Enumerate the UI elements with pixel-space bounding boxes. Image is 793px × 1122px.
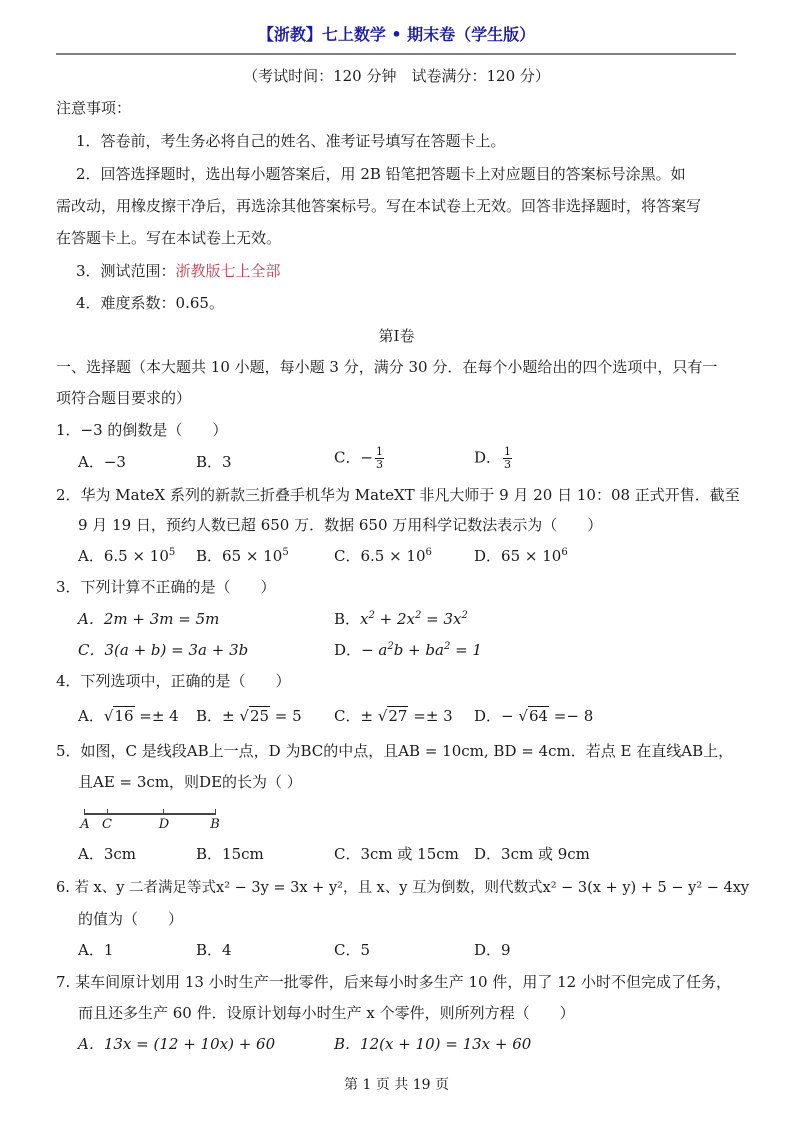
question-4-stem: 4．下列选项中，正确的是（ ） (56, 671, 291, 691)
note-item-3-prefix: 3．测试范围： (76, 262, 176, 280)
document-title: 【浙教】七上数学 • 期末卷（学生版） (0, 22, 793, 45)
q1-option-c-label: C．− (334, 449, 373, 467)
sqrt-symbol: √64 (518, 706, 549, 726)
q1-option-d: D．13 (474, 446, 512, 471)
q5-option-d: D．3cm 或 9cm (474, 844, 590, 864)
note-item-3: 3．测试范围：浙教版七上全部 (76, 261, 281, 281)
q3-option-a: A．2m + 3m = 5m (78, 609, 219, 629)
q6-option-b: B．4 (196, 940, 232, 960)
question-3-stem: 3．下列计算不正确的是（ ） (56, 577, 276, 597)
section-heading-line1: 一、选择题（本大题共 10 小题，每小题 3 分，满分 30 分．在每个小题给出… (56, 357, 717, 377)
sqrt-symbol: √16 (104, 706, 135, 726)
q6-option-d: D．9 (474, 940, 511, 960)
page-number: 第 1 页 共 19 页 (0, 1074, 793, 1094)
q3-option-d: D．− a2b + ba2 = 1 (334, 640, 482, 660)
segment-ab (84, 813, 216, 815)
q2-option-b: B．65 × 105 (196, 546, 289, 566)
question-5-stem-line2: 且AE = 3cm，则DE的长为（ ） (78, 772, 302, 792)
question-6-stem-line1: 6. 若 x、y 二者满足等式x² − 3y = 3x + y²，且 x、y 互… (56, 878, 749, 898)
question-1-stem: 1．−3 的倒数是（ ） (56, 420, 227, 440)
point-label-d: D (159, 817, 169, 832)
point-label-b: B (210, 817, 220, 832)
tick-d (163, 809, 164, 815)
note-item-2-line1: 2．回答选择题时，选出每小题答案后，用 2B 铅笔把答题卡上对应题目的答案标号涂… (76, 164, 686, 184)
q4-option-d: D．− √64 =− 8 (474, 706, 593, 726)
q1-option-c: C．−13 (334, 446, 384, 471)
volume-title: 第Ⅰ卷 (0, 326, 793, 346)
point-label-a: A (80, 817, 89, 832)
question-2-stem-line1: 2．华为 MateX 系列的新款三折叠手机华为 MateXT 非凡大师于 9 月… (56, 485, 740, 505)
header-divider (56, 53, 736, 55)
note-item-1: 1．答卷前，考生务必将自己的姓名、准考证号填写在答题卡上。 (76, 131, 506, 151)
q2-option-c: C．6.5 × 106 (334, 546, 432, 566)
question-2-stem-line2: 9 月 19 日，预约人数已超 650 万．数据 650 万用科学记数法表示为（… (78, 515, 602, 535)
q7-option-b: B．12(x + 10) = 13x + 60 (334, 1034, 531, 1054)
notes-heading: 注意事项： (56, 98, 131, 118)
fraction: 13 (503, 446, 512, 471)
q1-option-d-label: D． (474, 449, 501, 467)
q5-option-b: B．15cm (196, 844, 264, 864)
q4-option-b: B．± √25 = 5 (196, 706, 302, 726)
q1-option-a: A．−3 (78, 452, 126, 472)
sqrt-symbol: √27 (378, 706, 409, 726)
q7-option-a: A．13x = (12 + 10x) + 60 (78, 1034, 275, 1054)
tick-b (215, 809, 216, 815)
sqrt-symbol: √25 (239, 706, 270, 726)
tick-a (84, 809, 85, 815)
q2-option-a: A．6.5 × 105 (78, 546, 175, 566)
note-item-2-line3: 在答题卡上。写在本试卷上无效。 (56, 228, 281, 248)
exam-info: （考试时间：120 分钟 试卷满分：120 分） (0, 66, 793, 86)
fraction: 13 (375, 446, 384, 471)
q3-option-b: B．x2 + 2x2 = 3x2 (334, 609, 468, 629)
q1-option-b: B．3 (196, 452, 232, 472)
q6-option-a: A．1 (78, 940, 113, 960)
q4-option-a: A．√16 =± 4 (78, 706, 179, 726)
tick-c (107, 809, 108, 815)
line-segment-figure: A C D B (84, 808, 218, 838)
exam-page: 【浙教】七上数学 • 期末卷（学生版） （考试时间：120 分钟 试卷满分：12… (0, 0, 793, 1122)
point-label-c: C (102, 817, 112, 832)
note-item-2-line2: 需改动，用橡皮擦干净后，再选涂其他答案标号。写在本试卷上无效。回答非选择题时，将… (56, 196, 701, 216)
test-scope-highlight: 浙教版七上全部 (176, 262, 281, 280)
q6-option-c: C．5 (334, 940, 370, 960)
note-item-4: 4．难度系数：0.65。 (76, 293, 224, 313)
q5-option-c: C．3cm 或 15cm (334, 844, 459, 864)
question-5-stem-line1: 5．如图，C 是线段AB上一点，D 为BC的中点，且AB = 10cm, BD … (56, 741, 733, 761)
question-6-stem-line2: 的值为（ ） (78, 909, 183, 929)
q2-option-d: D．65 × 106 (474, 546, 568, 566)
q4-option-c: C．± √27 =± 3 (334, 706, 453, 726)
section-heading-line2: 项符合题目要求的） (56, 388, 191, 408)
q5-option-a: A．3cm (78, 844, 136, 864)
question-7-stem-line1: 7. 某车间原计划用 13 小时生产一批零件，后来每小时多生产 10 件，用了 … (56, 972, 731, 992)
q3-option-c: C．3(a + b) = 3a + 3b (78, 640, 248, 660)
question-7-stem-line2: 而且还多生产 60 件．设原计划每小时生产 x 个零件，则所列方程（ ） (78, 1003, 575, 1023)
